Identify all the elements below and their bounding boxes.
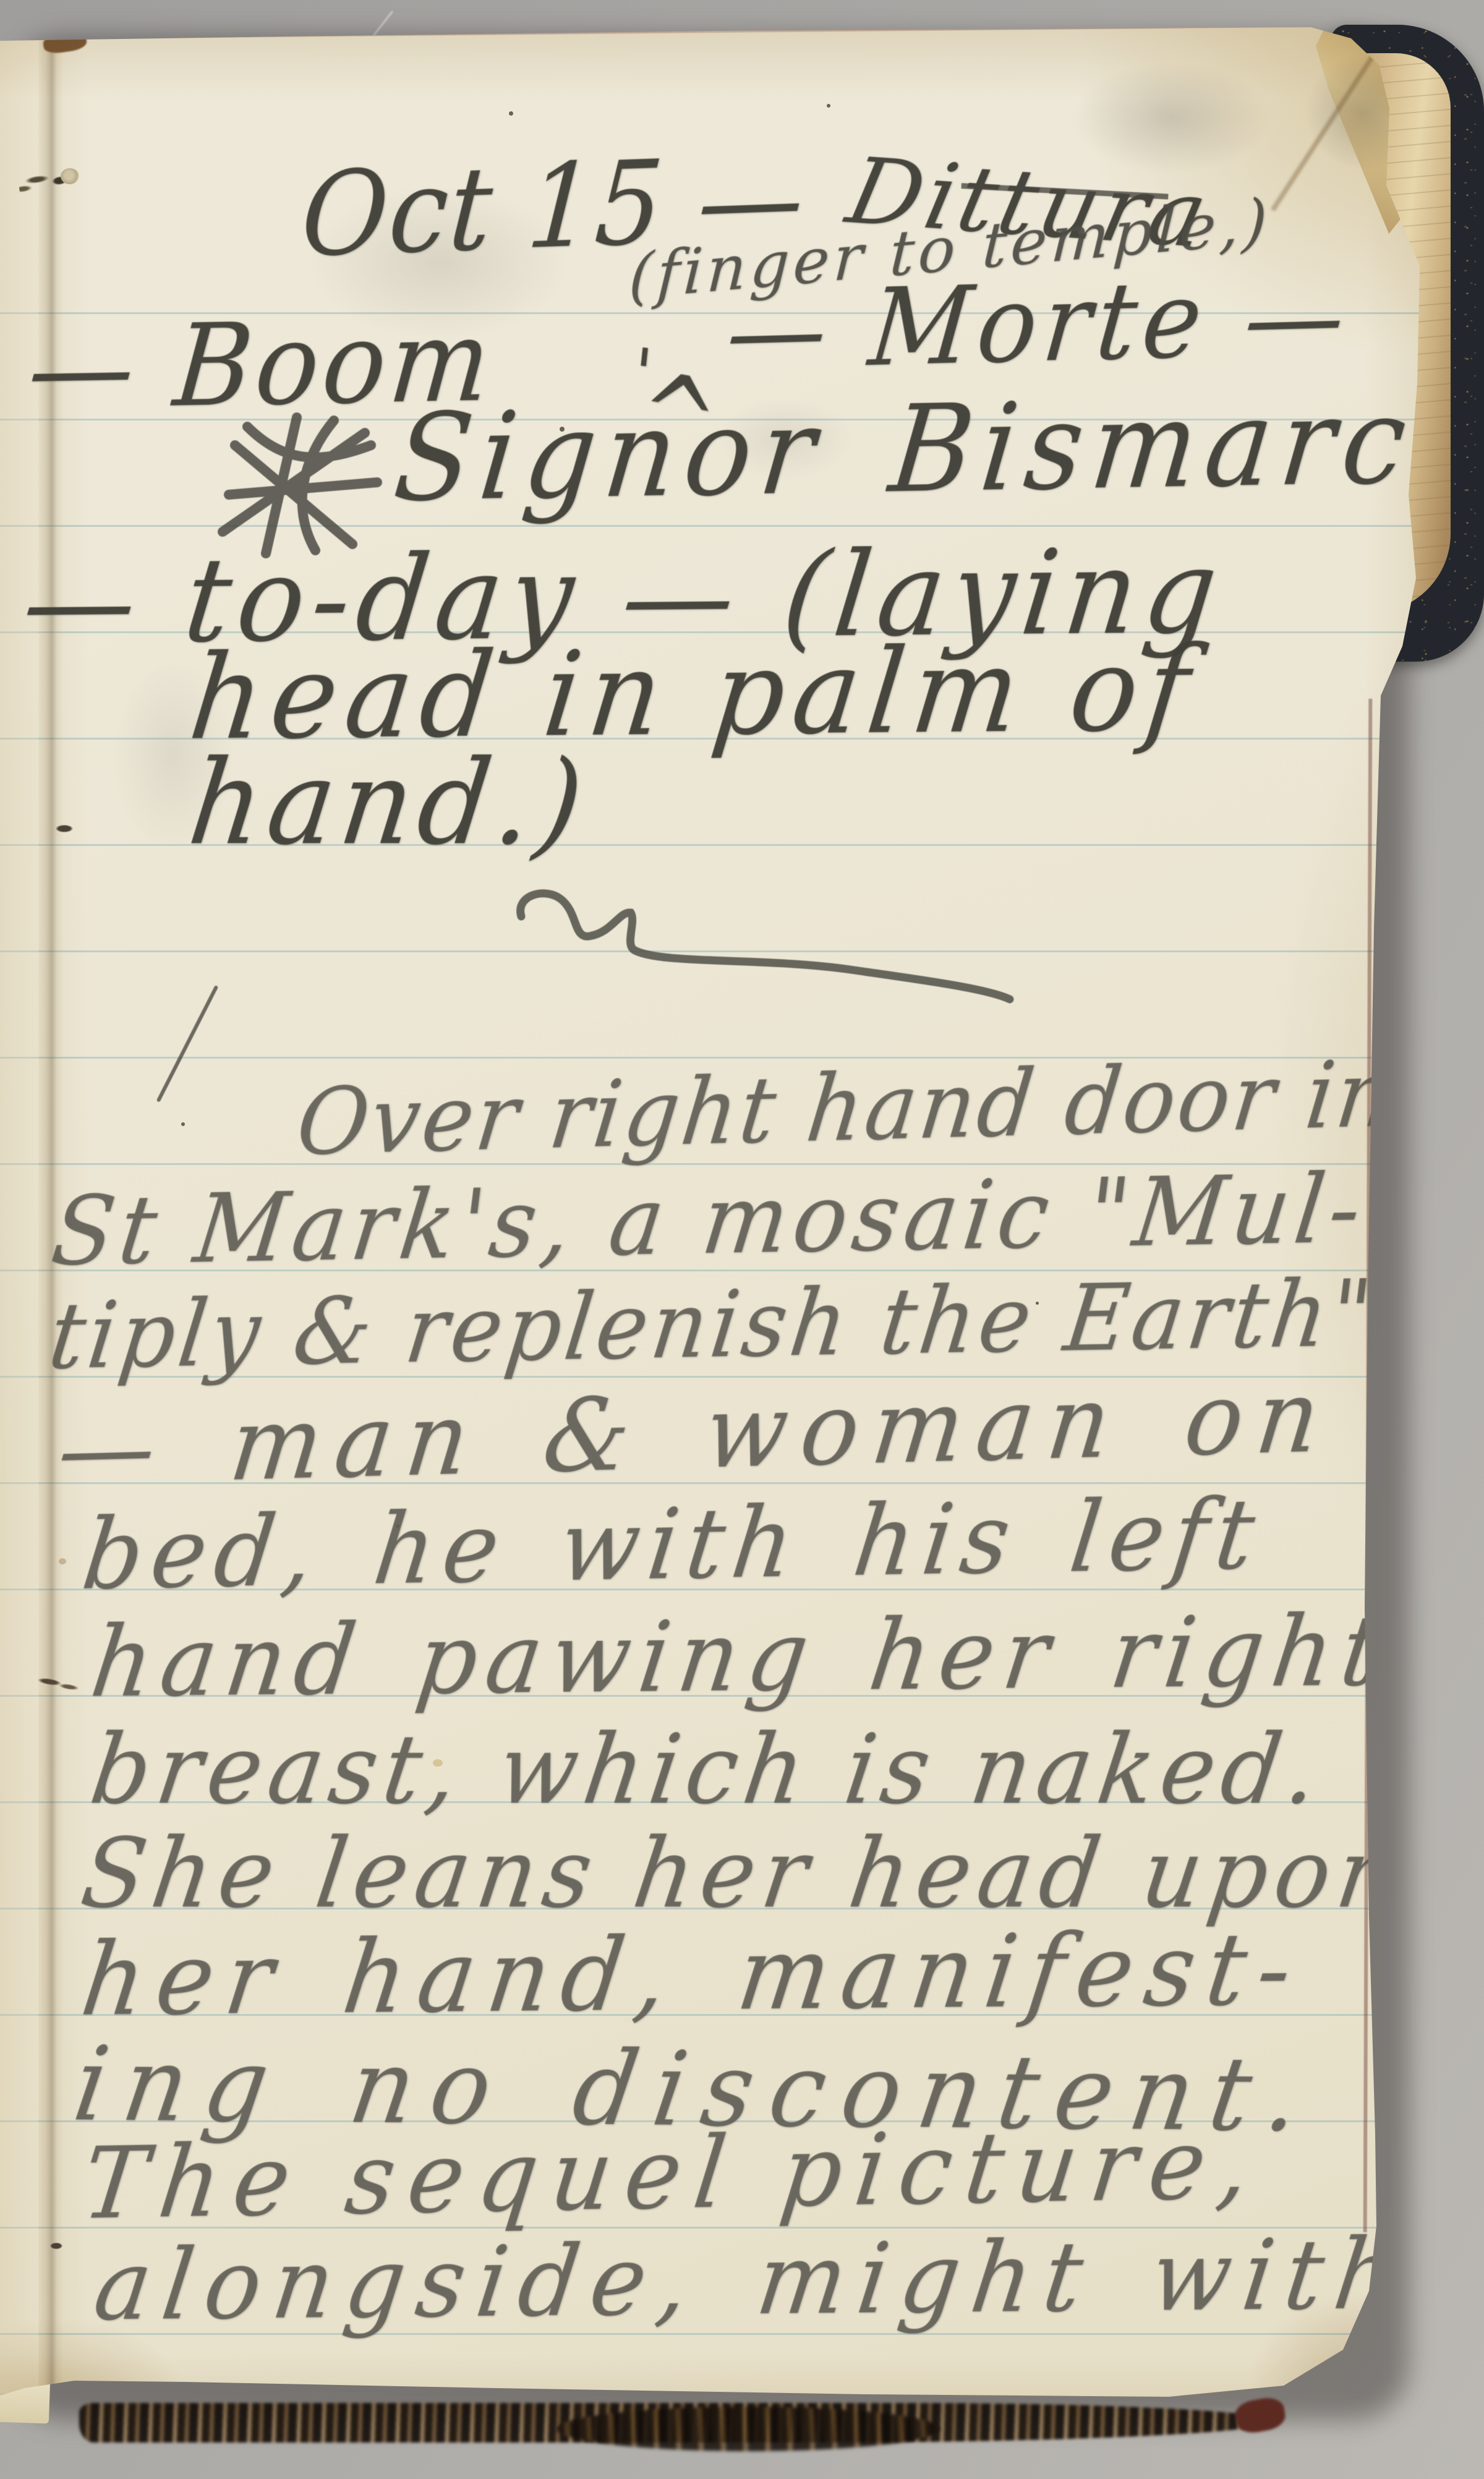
entry-line: hand pawing her right [86,1603,1394,1712]
speck [509,111,513,116]
stitch-hole [48,2242,64,2250]
flourish-swirl [504,884,1017,1008]
binding-frayed-edge [556,2407,940,2451]
entry-line: The sequel picture, [77,2114,1268,2234]
notebook-page: Oct 15 — Dittura (finger to temple,) — B… [0,0,1484,2479]
entry-line: breast, which is naked. [85,1722,1330,1817]
torn-edge-chip [42,30,87,54]
hand-line: hand.) [184,745,595,862]
entry-line: She leans her head upon [76,1825,1411,1921]
entry-line: St Mark's, a mosaic "Mul- [47,1161,1371,1279]
stitch-hole [61,168,79,184]
photo-backdrop: Oct 15 — Dittura (finger to temple,) — B… [0,0,1484,2479]
entry-line: bed, he with his left [78,1486,1268,1604]
foxing-spot [59,1558,66,1564]
speck [181,1122,185,1126]
entry-line: alongside, might with [89,2225,1414,2334]
signor-bismarck-line: Signor Bismarck [390,380,1484,519]
stitch-hole [53,824,75,834]
entry-line: her hand, manifest- [77,1919,1310,2030]
entry-line: Over right hand door in [292,1049,1400,1169]
morte-text: — Morte — [722,262,1355,386]
speck [827,104,830,108]
